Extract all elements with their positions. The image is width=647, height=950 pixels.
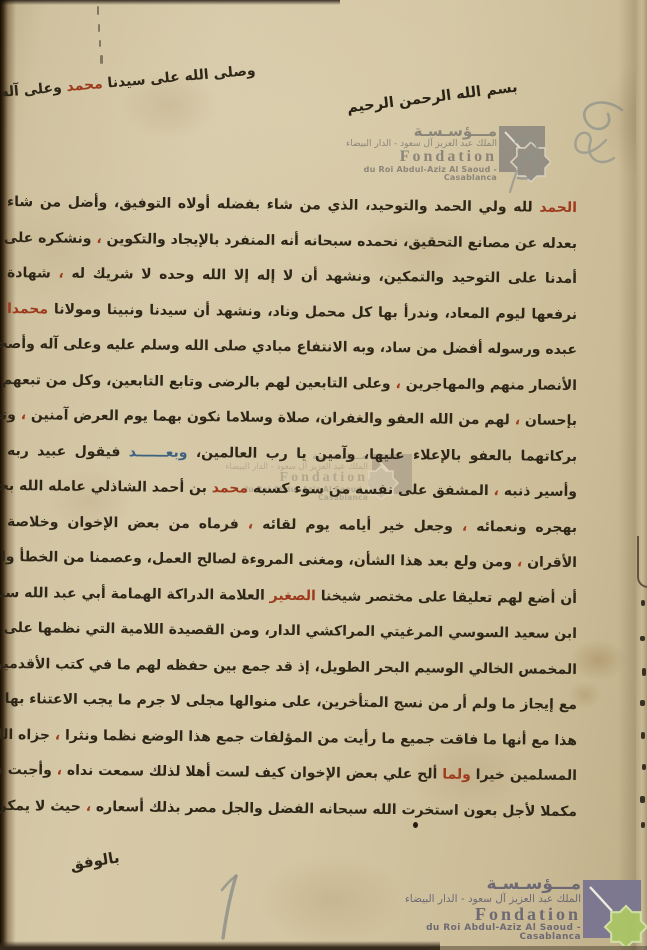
ink-segment: نرفعها ليوم المعاد، وندرأ بها كل محمل ون…	[48, 301, 577, 323]
red-ink-segment: الصغير	[270, 587, 316, 603]
ink-segment: بركاتهما بالعفو بالإعلاء عليها، وآمين يا…	[187, 444, 577, 464]
manuscript-line: مكملا لأجل بعون استخرت الله سبحانه الفضل…	[7, 794, 577, 825]
red-ink-segment: الحمد	[539, 200, 577, 216]
ink-segment: العلامة الدراكة الهمامة أبي عبد الله سيد…	[0, 584, 270, 603]
fore-edge-ink-trace	[640, 796, 645, 803]
ink-segment: وأجبت دعاه	[0, 762, 57, 779]
manuscript-text-block: الحمد لله ولي الحمد والتوحيد، الذي من شا…	[7, 0, 577, 950]
ink-segment: لله ولي الحمد والتوحيد، الذي من شاء بفضل…	[7, 194, 540, 216]
manuscript-line: بعدله عن مصانع التحقيق، نحمده سبحانه أنه…	[7, 226, 577, 257]
manuscript-line: الأقران ، ومن ولع بعد هذا الشأن، ومغنى ا…	[7, 545, 577, 576]
fore-edge-ink-trace	[641, 600, 645, 606]
blue-ink-segment: وبعــــــد	[129, 444, 188, 461]
manuscript-line: ابن سعيد السوسي المرغيتي المراكشي الدار،…	[7, 616, 577, 647]
ink-segment: المخمس الخالي الوسيم البحر الطويل، إذ قد…	[0, 655, 577, 677]
manuscript-line: الحمد لله ولي الحمد والتوحيد، الذي من شا…	[7, 190, 577, 221]
fore-edge-ink-trace	[642, 764, 646, 770]
fore-edge-ink-trace	[642, 668, 646, 676]
ink-segment: ومن ولع بعد هذا الشأن، ومغنى المروءة لصا…	[0, 549, 517, 571]
ink-segment: حيث لا يمكن	[0, 797, 86, 814]
ink-segment: شهادة	[7, 265, 59, 282]
ink-segment: وأسير ذنبه	[499, 483, 577, 500]
red-ink-segment: محمدا	[7, 301, 48, 317]
manuscript-line: المخمس الخالي الوسيم البحر الطويل، إذ قد…	[7, 652, 577, 683]
ink-segment: ألح علي بعض الإخوان كيف لست أهلا لذلك سم…	[62, 763, 442, 783]
ink-segment: فيقول عبيد ربه	[7, 443, 129, 460]
manuscript-line: مع إيجاز ما ولم أر من نسج المتأخرين، على…	[7, 687, 577, 718]
foundation-logo	[581, 876, 647, 946]
ink-segment: وعلى التابعين لهم بالرضى وتابع التابعين،…	[0, 370, 396, 391]
ink-segment: ونشكره على ما	[0, 229, 96, 246]
ink-segment: فرماه من بعض الإخوان وخلاصة	[7, 514, 248, 533]
manuscript-line: أمدنا على التوحيد والتمكين، ونشهد أن لا …	[7, 261, 577, 292]
ink-segment: الأنصار منهم والمهاجرين	[401, 376, 577, 394]
ink-segment: جزاه الله عنا وعن	[0, 726, 55, 743]
manuscript-line: هذا مع أنها ما فاقت جميع ما رأيت من المؤ…	[7, 723, 577, 754]
manuscript-line: الأنصار منهم والمهاجرين ، وعلى التابعين …	[7, 368, 577, 399]
fore-edge-ink-trace	[641, 732, 645, 739]
foundation-star-icon	[605, 906, 647, 946]
manuscript-line: وأسير ذنبه ، المشفق على نفسه من سوء كسبه…	[7, 474, 577, 505]
ink-segment: بهجره ونعمائه	[467, 518, 577, 535]
red-ink-segment: محمد	[212, 480, 248, 496]
fore-edge-ink-trace	[640, 636, 645, 641]
red-ink-segment: ولما	[442, 767, 471, 783]
manuscript-line: بهجره ونعمائه ، وجعل خير أيامه يوم لقائه…	[7, 510, 577, 541]
ink-segment: هذا مع أنها ما فاقت جميع ما رأيت من المؤ…	[60, 727, 577, 748]
manuscript-line: عبده ورسوله أفضل من ساد، وبه الانتفاع مب…	[7, 332, 577, 363]
ink-segment: مكملا لأجل بعون استخرت الله سبحانه الفضل…	[91, 798, 577, 819]
fore-edge-ink-trace	[641, 822, 645, 828]
ink-segment: المشفق على نفسه من سوء كسبه	[248, 481, 494, 500]
ink-segment: بن أحمد الشاذلي عامله الله بجميل	[0, 478, 212, 497]
ink-segment: وتغطى	[0, 407, 21, 424]
ink-segment: عبده ورسوله أفضل من ساد، وبه الانتفاع مب…	[0, 335, 577, 358]
manuscript-line: بإحسان ، لهم من الله العفو والغفران، صلا…	[7, 403, 577, 434]
ink-segment: أن أضع لهم تعليقا على مختصر شيخنا	[316, 588, 577, 607]
ink-segment: وجعل خير أيامه يوم لقائه	[253, 516, 462, 534]
margin-curve-mark	[637, 536, 647, 588]
manuscript-line: المسلمين خيرا ولما ألح علي بعض الإخوان ك…	[7, 758, 577, 789]
ink-segment: بعدله عن مصانع التحقيق، نحمده سبحانه أنه…	[102, 231, 577, 252]
facing-page-fore-edge	[636, 0, 647, 950]
manuscript-line: نرفعها ليوم المعاد، وندرأ بها كل محمل ون…	[7, 297, 577, 328]
ink-segment: ابن سعيد السوسي المرغيتي المراكشي الدار،…	[0, 620, 577, 642]
manuscript-line: أن أضع لهم تعليقا على مختصر شيخنا الصغير…	[7, 581, 577, 612]
ink-segment: مع إيجاز ما ولم أر من نسج المتأخرين، على…	[5, 691, 578, 713]
ink-segment: المسلمين خيرا	[471, 767, 577, 784]
ink-segment: أمدنا على التوحيد والتمكين، ونشهد أن لا …	[64, 266, 577, 287]
fore-edge-ink-trace	[640, 700, 645, 706]
manuscript-line: بركاتهما بالعفو بالإعلاء عليها، وآمين يا…	[7, 439, 577, 470]
ink-segment: الأقران	[522, 554, 577, 571]
manuscript-scan: مـــؤسـسـة الملك عبد العزيز آل سعود - ال…	[0, 0, 647, 950]
ink-segment: بإحسان	[520, 412, 577, 429]
ink-segment: لهم من الله العفو والغفران، صلاة وسلاما …	[26, 407, 515, 428]
